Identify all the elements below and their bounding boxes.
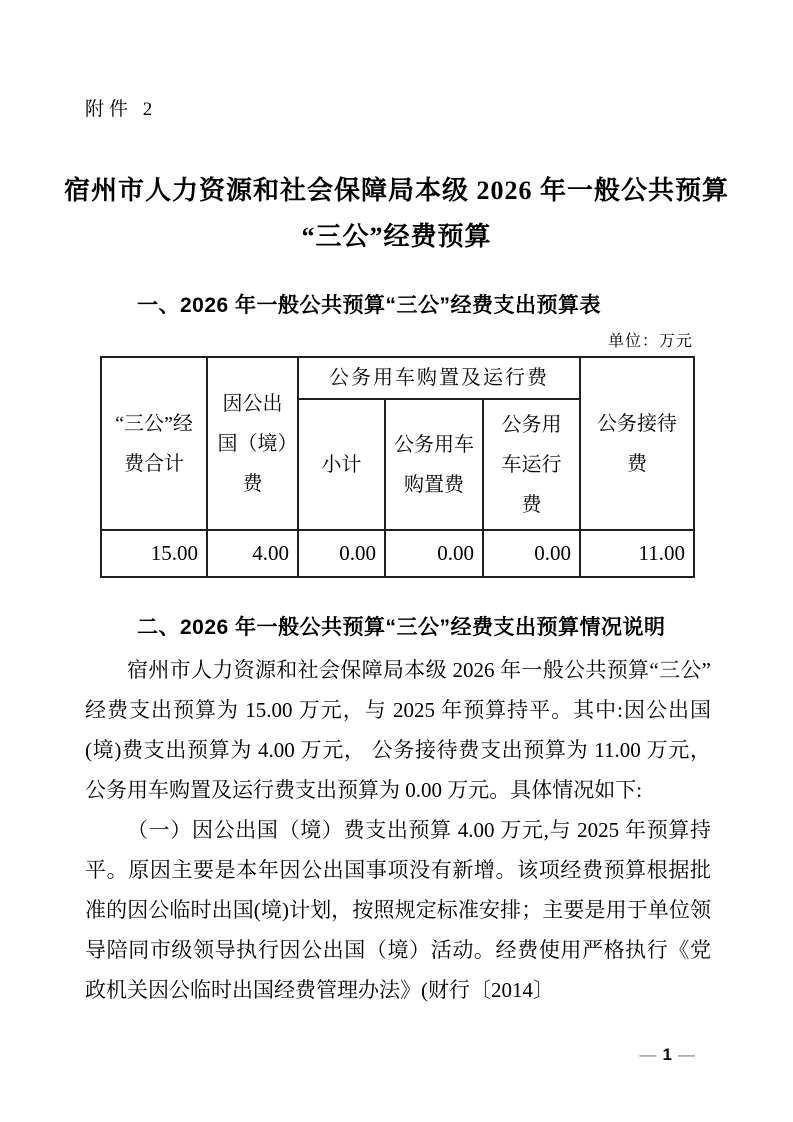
document-title: 宿州市人力资源和社会保障局本级 2026 年一般公共预算 “三公”经费预算	[0, 168, 793, 260]
header-cell-abroad: 因公出国（境）费	[207, 357, 298, 530]
document-title-line2: “三公”经费预算	[0, 214, 793, 260]
header-cell-total: “三公”经费合计	[101, 357, 207, 530]
header-cell-reception: 公务接待费	[580, 357, 694, 530]
budget-table: “三公”经费合计 因公出国（境）费 公务用车购置及运行费 公务接待费 小计 公务…	[100, 356, 695, 578]
header-cell-vehicle-operation: 公务用车运行费	[483, 399, 580, 530]
value-abroad: 4.00	[207, 530, 298, 577]
page-footer: —1—	[634, 1045, 701, 1065]
section2-heading: 二、2026 年一般公共预算“三公”经费支出预算情况说明	[137, 613, 733, 643]
value-total: 15.00	[101, 530, 207, 577]
paragraph-overview: 宿州市人力资源和社会保障局本级 2026 年一般公共预算“三公”经费支出预算为 …	[85, 650, 711, 810]
table-data-row: 15.00 4.00 0.00 0.00 0.00 11.00	[101, 530, 694, 577]
footer-dash-left: —	[634, 1045, 663, 1064]
attachment-label: 附件 2	[85, 94, 157, 121]
footer-page-number: 1	[663, 1045, 672, 1064]
paragraph-item-1: （一）因公出国（境）费支出预算 4.00 万元,与 2025 年预算持平。原因主…	[85, 810, 711, 1010]
table-unit-label: 单位：万元	[100, 328, 693, 351]
value-vehicle-subtotal: 0.00	[298, 530, 385, 577]
value-vehicle-purchase: 0.00	[385, 530, 483, 577]
header-cell-vehicle-group: 公务用车购置及运行费	[298, 357, 580, 399]
header-cell-vehicle-purchase: 公务用车购置费	[385, 399, 483, 530]
value-vehicle-operation: 0.00	[483, 530, 580, 577]
body-text-block: 宿州市人力资源和社会保障局本级 2026 年一般公共预算“三公”经费支出预算为 …	[85, 650, 711, 1010]
table-header-row-1: “三公”经费合计 因公出国（境）费 公务用车购置及运行费 公务接待费	[101, 357, 694, 399]
footer-dash-right: —	[672, 1045, 701, 1064]
value-reception: 11.00	[580, 530, 694, 577]
header-cell-vehicle-subtotal: 小计	[298, 399, 385, 530]
section1-heading: 一、2026 年一般公共预算“三公”经费支出预算表	[137, 291, 733, 321]
document-page: 附件 2 宿州市人力资源和社会保障局本级 2026 年一般公共预算 “三公”经费…	[0, 0, 793, 1122]
document-title-line1: 宿州市人力资源和社会保障局本级 2026 年一般公共预算	[0, 168, 793, 214]
